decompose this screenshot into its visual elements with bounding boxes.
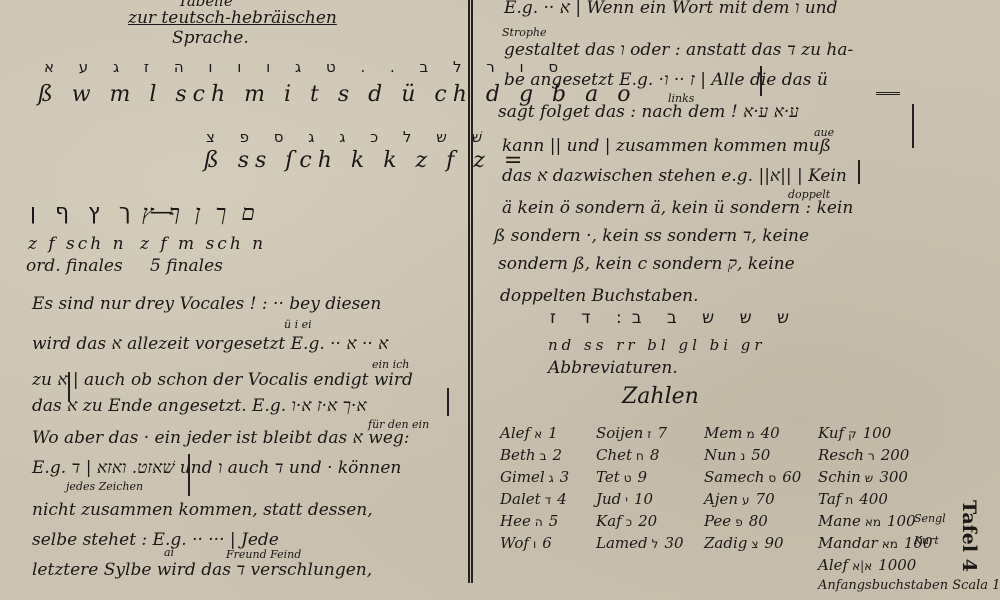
numeral-row: Daletד4	[500, 490, 567, 510]
numeral-value: 200	[881, 446, 910, 464]
right-page: E.g. ·· א | Wenn ein Wort mit dem ו und …	[476, 0, 1000, 600]
interlinear-strophe: Strophe	[502, 26, 546, 39]
numeral-last-line: Anfangsbuchstaben Scala 1	[818, 578, 1000, 593]
separator-bar	[760, 66, 762, 96]
numeral-hebrew: א	[534, 427, 542, 441]
numeral-value: 80	[749, 512, 768, 530]
numeral-word: Kaf	[596, 512, 622, 530]
numeral-hebrew: פ	[735, 515, 743, 529]
numeral-value: 40	[761, 424, 780, 442]
mandar-suffix: Kurt	[914, 534, 939, 547]
numeral-row: Chetח8	[596, 446, 659, 466]
numeral-value: 6	[542, 534, 552, 552]
numeral-row: Memמ40	[704, 424, 780, 444]
paragraph-line: das א zu Ende angesetzt. E.g. א·ך א·ז א·…	[32, 396, 367, 416]
separator-bar	[188, 454, 190, 496]
numeral-row: Bethב2	[500, 446, 562, 466]
numeral-word: Chet	[596, 446, 632, 464]
numeral-hebrew: ג	[549, 471, 554, 485]
numeral-row: Tetט9	[596, 468, 647, 488]
numeral-hebrew: כ	[626, 515, 632, 529]
left-page: Tabelle zur teutsch-hebräischen Sprache.…	[0, 0, 466, 600]
paragraph-line: sagt folget das : nach dem ! ע·א ע·א	[498, 102, 799, 122]
numeral-word: Hee	[500, 512, 531, 530]
numeral-value: 90	[765, 534, 784, 552]
numeral-hebrew: ע	[742, 493, 750, 507]
numeral-value: 7	[657, 424, 667, 442]
abbreviations-hebrew: ש ש ש ב ב: ד ז	[550, 308, 799, 328]
numeral-value: 1	[548, 424, 558, 442]
numeral-hebrew: מ	[746, 427, 754, 441]
numeral-value: 10	[634, 490, 653, 508]
numeral-hebrew: ו	[533, 537, 536, 551]
numeral-value: 70	[756, 490, 775, 508]
numeral-hebrew: ק	[848, 427, 857, 441]
numeral-value: 5	[549, 512, 559, 530]
paragraph-line: Wo aber das · ein jeder ist bleibt das א…	[32, 428, 410, 448]
numeral-word: Taf	[818, 490, 841, 508]
numeral-word: Wof	[500, 534, 529, 552]
paragraph-line: letztere Sylbe wird das ד verschlungen,	[32, 560, 372, 580]
paragraph-line: das א dazwischen stehen e.g. ||א|| | Kei…	[502, 166, 847, 186]
numeral-value: 50	[751, 446, 770, 464]
numeral-hebrew: ד	[545, 493, 552, 507]
abbreviations-latin: nd ss rr bl gl bi gr	[548, 336, 766, 354]
numeral-row: Nunנ50	[704, 446, 770, 466]
numeral-word: Pee	[704, 512, 731, 530]
interlinear-ai: ai	[164, 546, 174, 559]
alphabet-hebrew-row2: שׁ ש ל כ ג ג ס פ צ	[206, 128, 492, 146]
paragraph-line: kann || und | zusammen kommen muß	[502, 136, 831, 156]
numeral-word: Jud	[596, 490, 621, 508]
finals-label-ordinary: ord. finales	[26, 256, 123, 276]
numeral-value: 4	[557, 490, 567, 508]
numeral-value: 20	[638, 512, 657, 530]
numeral-hebrew: מא	[882, 537, 898, 551]
numeral-value: 100	[887, 512, 916, 530]
numeral-row: Reschר200	[818, 446, 909, 466]
finals-label-final: 5 finales	[150, 256, 223, 276]
numeral-word: Mandar	[818, 534, 878, 552]
mane-suffix: Sengl	[914, 512, 946, 525]
numeral-value: 400	[859, 490, 888, 508]
numeral-word: Alef	[500, 424, 530, 442]
plate-label: Tafel 4	[958, 500, 980, 572]
paragraph-line: ä kein ö sondern ä, kein ü sondern : kei…	[502, 198, 853, 218]
numeral-row: Zadigצ90	[704, 534, 784, 554]
numeral-hebrew: ל	[652, 537, 659, 551]
paragraph-line: sondern ß, kein c sondern ק, keine	[498, 254, 795, 274]
numeral-hebrew: ס	[768, 471, 776, 485]
numeral-value: 2	[553, 446, 563, 464]
numeral-word: Schin	[818, 468, 861, 486]
numeral-word: Dalet	[500, 490, 541, 508]
numeral-row: Kufק100	[818, 424, 891, 444]
numeral-row: Lamedל30	[596, 534, 684, 554]
numeral-hebrew: ש	[865, 471, 874, 485]
numeral-word: Kuf	[818, 424, 844, 442]
numeral-word: Beth	[500, 446, 536, 464]
numeral-row: Schinש300	[818, 468, 908, 488]
numeral-hebrew: נ	[740, 449, 745, 463]
numeral-hebrew: ה	[535, 515, 543, 529]
paragraph-line: ß sondern ·, kein ss sondern ד, keine	[494, 226, 809, 246]
numeral-word: Tet	[596, 468, 620, 486]
numeral-row: Samechס60	[704, 468, 801, 488]
numeral-value: 8	[650, 446, 660, 464]
numeral-value: 60	[782, 468, 801, 486]
numeral-value: 3	[560, 468, 570, 486]
finals-latin-final: z f m sch n	[140, 234, 266, 254]
paragraph-line: E.g. ·· א | Wenn ein Wort mit dem ו und	[504, 0, 837, 18]
numeral-hebrew: ז	[647, 427, 651, 441]
numeral-row: Judי10	[596, 490, 653, 510]
numeral-row: Heeה5	[500, 512, 558, 532]
numeral-hebrew: ר	[868, 449, 875, 463]
numeral-row: Tafת400	[818, 490, 888, 510]
numeral-word: Samech	[704, 468, 764, 486]
numeral-word: Mem	[704, 424, 742, 442]
paragraph-line: Es sind nur drey Vocales ! : ·· bey dies…	[32, 294, 381, 314]
separator-bar	[912, 104, 914, 148]
numeral-hebrew: מא	[865, 515, 881, 529]
page-divider	[468, 0, 473, 583]
interlinear-jedes: jedes Zeichen	[66, 480, 143, 493]
numeral-hebrew: צ	[751, 537, 758, 551]
numeral-value: 1000	[878, 556, 916, 574]
numeral-word: Soijen	[596, 424, 643, 442]
paragraph-line: nicht zusammen kommen, statt dessen,	[32, 500, 373, 520]
numeral-hebrew: א|א	[852, 559, 872, 573]
heading-line2: zur teutsch-hebräischen	[128, 8, 337, 28]
numeral-row: Maneמא100	[818, 512, 916, 532]
numeral-row: Gimelג3	[500, 468, 569, 488]
paragraph-line: selbe stehet : E.g. ·· ··· | Jede	[32, 530, 279, 550]
paragraph-line: zu א | auch ob schon der Vocalis endigt …	[32, 370, 413, 390]
heading-line3: Sprache.	[172, 28, 249, 48]
numeral-hebrew: ט	[624, 471, 632, 485]
paragraph-line: doppelten Buchstaben.	[500, 286, 699, 306]
paragraph-line: gestaltet das ו oder : anstatt das ד zu …	[504, 40, 853, 60]
numeral-row: Anfangsbuchstaben Scala 1	[818, 578, 1000, 598]
separator-bar	[858, 160, 860, 184]
numeral-value: 100	[863, 424, 892, 442]
numeral-word: Alef	[818, 556, 848, 574]
numeral-value: 300	[879, 468, 908, 486]
double-underline	[876, 92, 900, 95]
numeral-row: Wofו6	[500, 534, 552, 554]
numeral-row: Soijenז7	[596, 424, 667, 444]
finals-hebrew-final: ם ך ן ף ץ	[142, 200, 259, 226]
numeral-word: Ajen	[704, 490, 738, 508]
paragraph-line: E.g. שׁאזט. ואזא | ד und ו auch ד und · …	[32, 458, 401, 478]
numeral-value: 9	[638, 468, 648, 486]
numeral-word: Nun	[704, 446, 736, 464]
abbreviations-label: Abbreviaturen.	[548, 358, 678, 378]
numeral-row: Alefא1	[500, 424, 558, 444]
paragraph-line: wird das א allezeit vorgesetzt E.g. ·· א…	[32, 334, 388, 354]
finals-latin-ordinary: z f sch n	[28, 234, 127, 254]
numeral-row: Alefא|א1000	[818, 556, 916, 576]
interlinear-vowel-marks: ü i ei	[284, 318, 312, 331]
numerals-title: Zahlen	[622, 384, 699, 409]
numeral-word: Gimel	[500, 468, 545, 486]
numeral-row: Ajenע70	[704, 490, 775, 510]
numeral-hebrew: ח	[636, 449, 644, 463]
numeral-word: Mane	[818, 512, 861, 530]
paragraph-line: be angesetzt E.g. ·ז ·· ו | Alle die das…	[504, 70, 828, 90]
numeral-value: 30	[664, 534, 683, 552]
numeral-word: Zadig	[704, 534, 747, 552]
numeral-row: Kafכ20	[596, 512, 657, 532]
numeral-hebrew: י	[625, 493, 628, 507]
numeral-word: Lamed	[596, 534, 648, 552]
numeral-word: Resch	[818, 446, 864, 464]
numeral-hebrew: ת	[845, 493, 853, 507]
numeral-hebrew: ב	[540, 449, 547, 463]
separator-bar	[447, 388, 449, 416]
numeral-row: Peeפ80	[704, 512, 768, 532]
